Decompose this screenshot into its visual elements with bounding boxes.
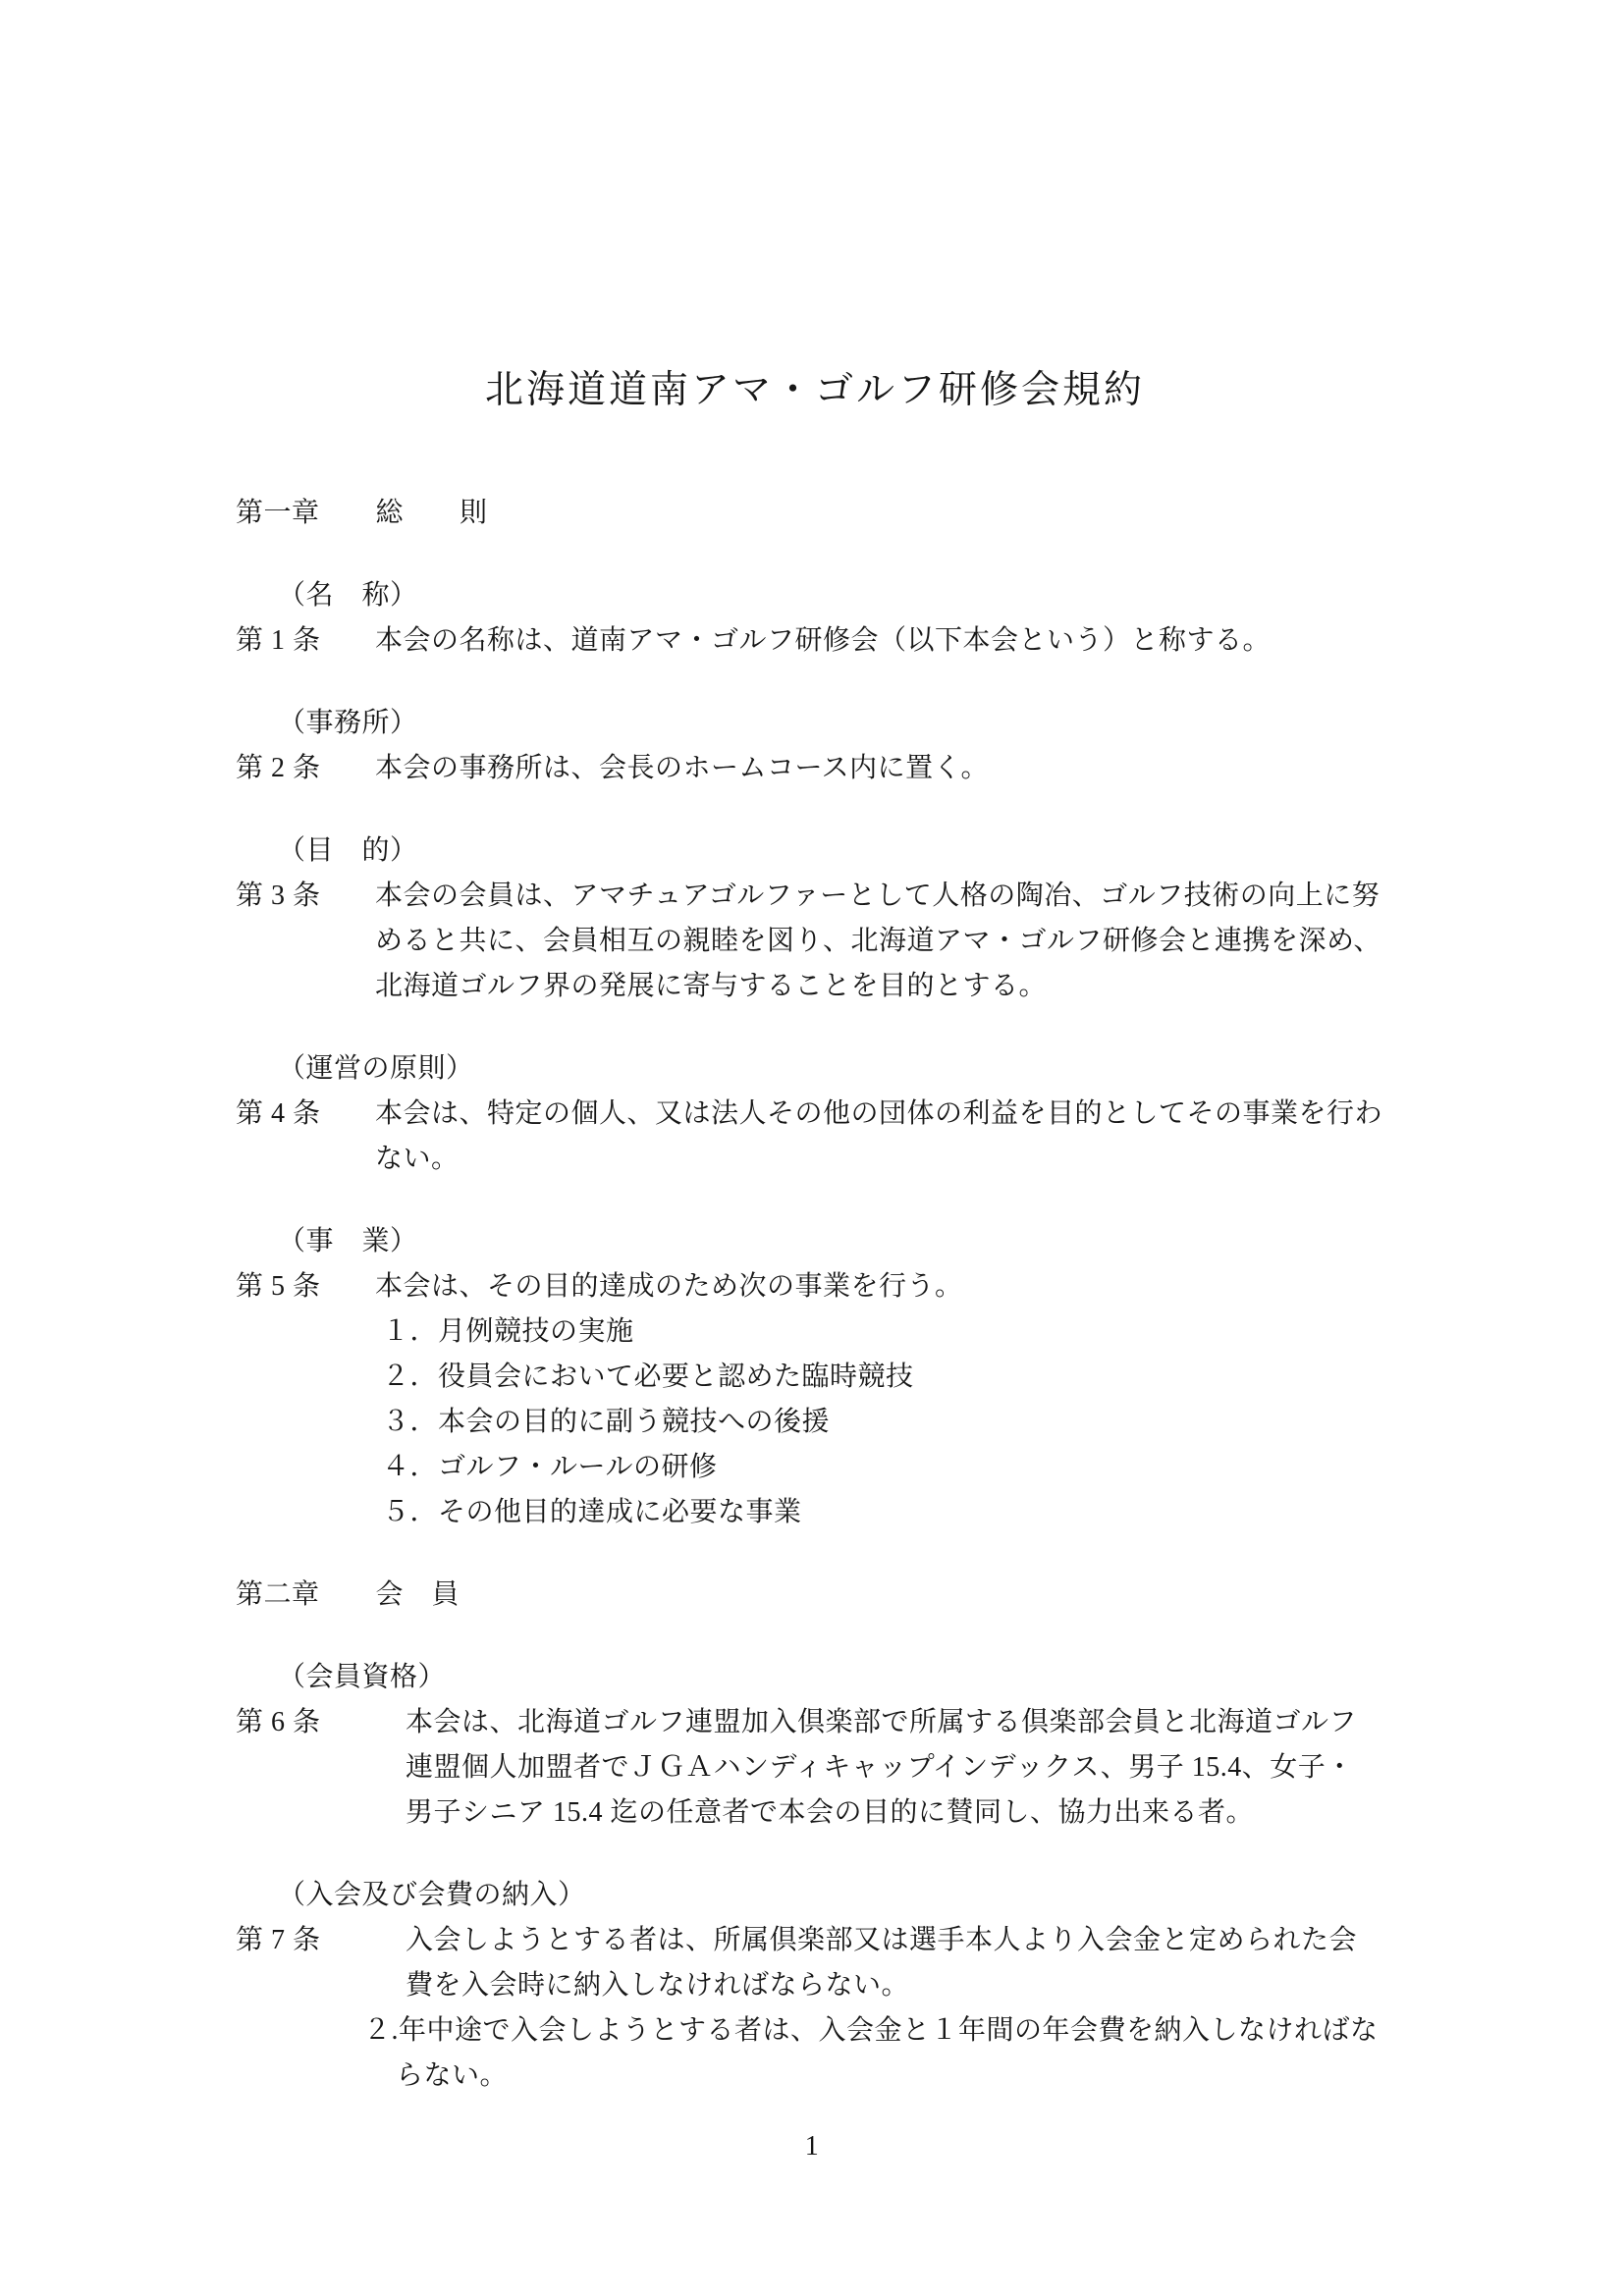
article-4-line-1: 本会は、特定の個人、又は法人その他の団体の利益を目的としてその事業を行わ (375, 1092, 1394, 1137)
article-5-body: 本会は、その目的達成のため次の事業を行う。 １．月例競技の実施 ２．役員会におい… (375, 1264, 1394, 1535)
article-6-line-3: 男子シニア 15.4 迄の任意者で本会の目的に賛同し、協力出来る者。 (406, 1790, 1394, 1836)
article-2-body: 本会の事務所は、会長のホームコース内に置く。 (375, 746, 1394, 791)
article-5-item-5: ５．その他目的達成に必要な事業 (382, 1490, 1394, 1535)
page-number: 1 (0, 2124, 1624, 2169)
article-7-body: 入会しようとする者は、所属倶楽部又は選手本人より入会金と定められた会 費を入会時… (406, 1918, 1394, 2099)
article-2-line-1: 本会の事務所は、会長のホームコース内に置く。 (375, 746, 1394, 791)
section-label-admission: （入会及び会費の納入） (278, 1873, 1394, 1918)
chapter-2-heading: 第二章 会 員 (236, 1573, 1394, 1618)
document-page: 北海道道南アマ・ゴルフ研修会規約 第一章 総 則 （名 称） 第 1 条 本会の… (0, 0, 1624, 2296)
article-2: 第 2 条 本会の事務所は、会長のホームコース内に置く。 (236, 746, 1394, 791)
article-4-line-2: ない。 (375, 1137, 1394, 1182)
article-7: 第 7 条 入会しようとする者は、所属倶楽部又は選手本人より入会金と定められた会… (236, 1918, 1394, 2099)
document-content: 北海道道南アマ・ゴルフ研修会規約 第一章 総 則 （名 称） 第 1 条 本会の… (236, 0, 1394, 2099)
article-6-line-1: 本会は、北海道ゴルフ連盟加入倶楽部で所属する倶楽部会員と北海道ゴルフ (406, 1700, 1394, 1745)
article-3: 第 3 条 本会の会員は、アマチュアゴルファーとして人格の陶冶、ゴルフ技術の向上… (236, 874, 1394, 1009)
article-7-number: 第 7 条 (236, 1918, 406, 1963)
document-title: 北海道道南アマ・ゴルフ研修会規約 (236, 0, 1394, 418)
article-3-number: 第 3 条 (236, 874, 375, 919)
section-label-business: （事 業） (278, 1219, 1394, 1264)
article-6-number: 第 6 条 (236, 1700, 406, 1745)
article-6: 第 6 条 本会は、北海道ゴルフ連盟加入倶楽部で所属する倶楽部会員と北海道ゴルフ… (236, 1700, 1394, 1836)
article-1: 第 1 条 本会の名称は、道南アマ・ゴルフ研修会（以下本会という）と称する。 (236, 618, 1394, 664)
section-label-office: （事務所） (278, 701, 1394, 746)
section-label-name: （名 称） (278, 573, 1394, 618)
article-2-number: 第 2 条 (236, 746, 375, 791)
article-7-para-2-line-1: ２.年中途で入会しようとする者は、入会金と１年間の年会費を納入しなければな (363, 2008, 1394, 2054)
section-label-principle: （運営の原則） (278, 1046, 1394, 1092)
article-3-body: 本会の会員は、アマチュアゴルファーとして人格の陶冶、ゴルフ技術の向上に努 めると… (375, 874, 1394, 1009)
article-4-number: 第 4 条 (236, 1092, 375, 1137)
article-5-item-2: ２．役員会において必要と認めた臨時競技 (382, 1355, 1394, 1400)
article-6-line-2: 連盟個人加盟者でＪＧＡハンディキャップインデックス、男子 15.4、女子・ (406, 1745, 1394, 1790)
article-3-line-2: めると共に、会員相互の親睦を図り、北海道アマ・ゴルフ研修会と連携を深め、 (375, 919, 1394, 964)
article-7-para-2-line-2: らない。 (396, 2054, 1394, 2099)
article-5-item-3: ３．本会の目的に副う競技への後援 (382, 1400, 1394, 1445)
article-5-item-4: ４．ゴルフ・ルールの研修 (382, 1445, 1394, 1490)
article-3-line-3: 北海道ゴルフ界の発展に寄与することを目的とする。 (375, 964, 1394, 1009)
article-1-number: 第 1 条 (236, 618, 375, 664)
article-5: 第 5 条 本会は、その目的達成のため次の事業を行う。 １．月例競技の実施 ２．… (236, 1264, 1394, 1535)
article-3-line-1: 本会の会員は、アマチュアゴルファーとして人格の陶冶、ゴルフ技術の向上に努 (375, 874, 1394, 919)
article-1-line-1: 本会の名称は、道南アマ・ゴルフ研修会（以下本会という）と称する。 (375, 618, 1394, 664)
article-4: 第 4 条 本会は、特定の個人、又は法人その他の団体の利益を目的としてその事業を… (236, 1092, 1394, 1182)
article-5-item-1: １．月例競技の実施 (382, 1309, 1394, 1355)
section-label-purpose: （目 的） (278, 828, 1394, 874)
article-6-body: 本会は、北海道ゴルフ連盟加入倶楽部で所属する倶楽部会員と北海道ゴルフ 連盟個人加… (406, 1700, 1394, 1836)
article-7-line-2: 費を入会時に納入しなければならない。 (406, 1963, 1394, 2008)
article-5-number: 第 5 条 (236, 1264, 375, 1309)
section-label-qualification: （会員資格） (278, 1655, 1394, 1700)
article-7-line-1: 入会しようとする者は、所属倶楽部又は選手本人より入会金と定められた会 (406, 1918, 1394, 1963)
article-4-body: 本会は、特定の個人、又は法人その他の団体の利益を目的としてその事業を行わ ない。 (375, 1092, 1394, 1182)
chapter-1-heading: 第一章 総 則 (236, 491, 1394, 536)
article-1-body: 本会の名称は、道南アマ・ゴルフ研修会（以下本会という）と称する。 (375, 618, 1394, 664)
article-5-line-1: 本会は、その目的達成のため次の事業を行う。 (375, 1264, 1394, 1309)
